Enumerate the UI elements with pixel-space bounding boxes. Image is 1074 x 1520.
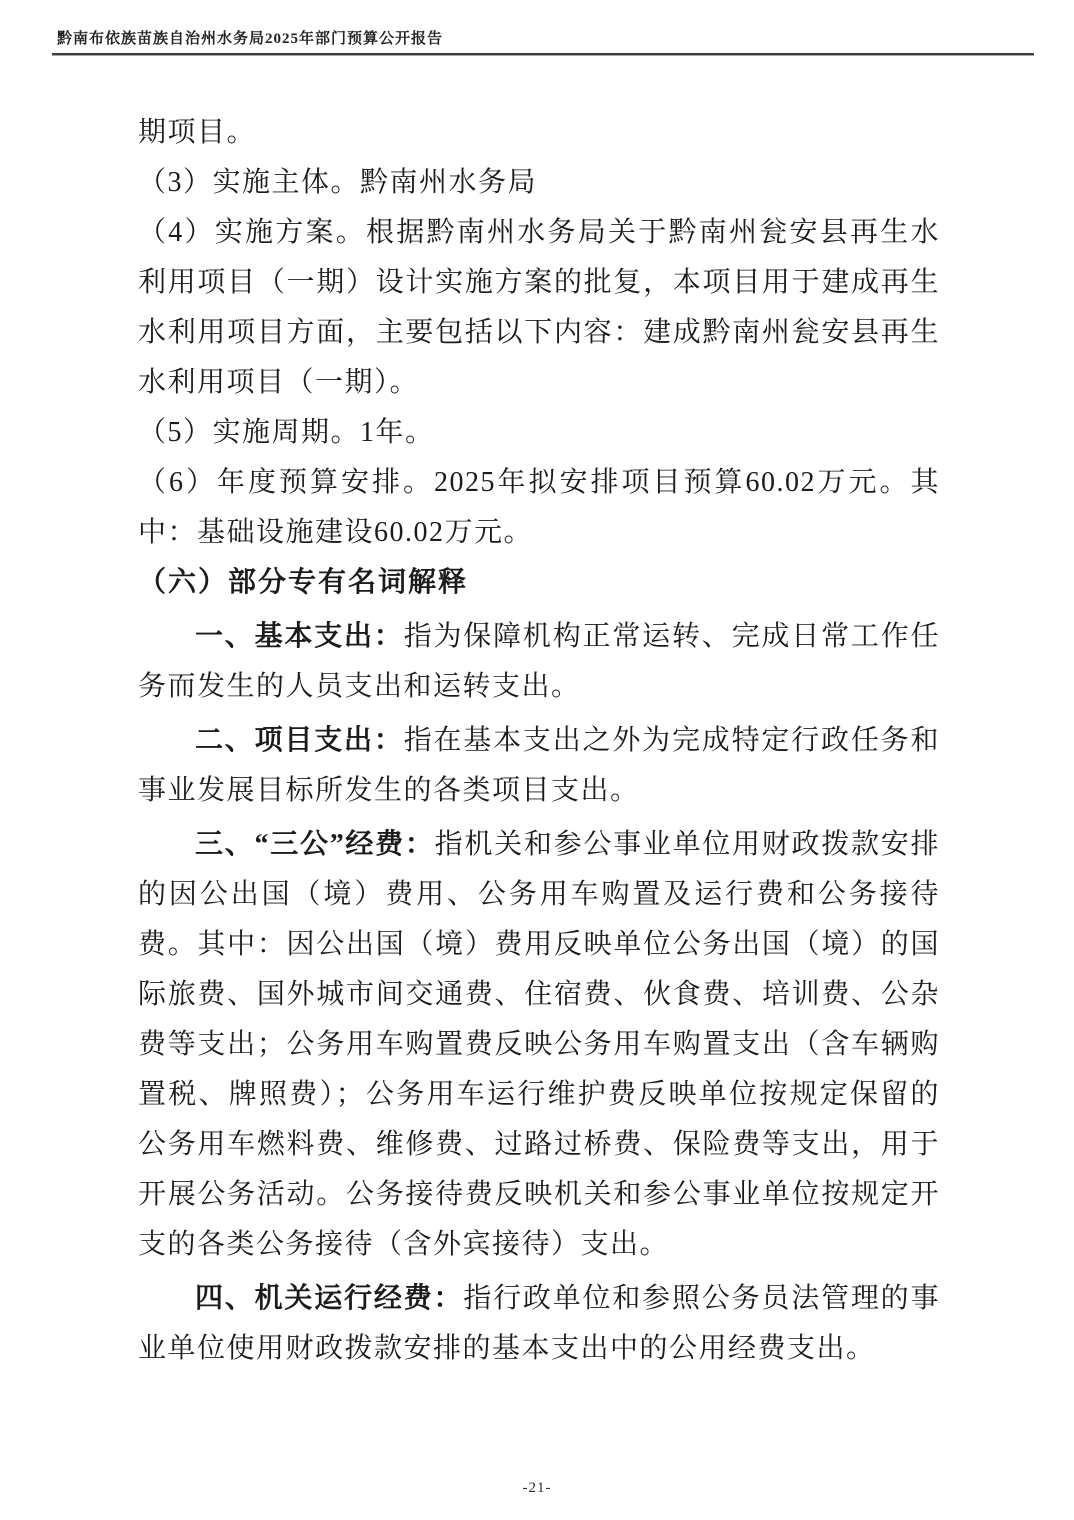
term-lead: 一、基本支出：: [195, 621, 404, 652]
term-lead: 四、机关运行经费：: [195, 1283, 463, 1314]
paragraph-continuation: 期项目。: [138, 108, 940, 158]
term-lead: 二、项目支出：: [195, 725, 404, 756]
section-heading-glossary: （六）部分专有名词解释: [138, 558, 940, 608]
page-footer: -21-: [0, 1480, 1074, 1497]
term-basic-expenditure: 一、基本支出：指为保障机构正常运转、完成日常工作任务而发生的人员支出和运转支出。: [138, 612, 940, 712]
paragraph-item-5: （5）实施周期。1年。: [138, 408, 940, 458]
term-three-public-funds: 三、“三公”经费：指机关和参公事业单位用财政拨款安排的因公出国（境）费用、公务用…: [138, 820, 940, 1270]
header-title: 黔南布依族苗族自治州水务局2025年部门预算公开报告: [57, 27, 443, 48]
term-lead: 三、“三公”经费：: [195, 829, 435, 860]
document-page: 黔南布依族苗族自治州水务局2025年部门预算公开报告 期项目。 （3）实施主体。…: [0, 0, 1074, 1520]
page-number: -21-: [523, 1480, 552, 1496]
term-project-expenditure: 二、项目支出：指在基本支出之外为完成特定行政任务和事业发展目标所发生的各类项目支…: [138, 716, 940, 816]
term-definition: 指机关和参公事业单位用财政拨款安排的因公出国（境）费用、公务用车购置及运行费和公…: [138, 829, 940, 1260]
term-agency-operating-funds: 四、机关运行经费：指行政单位和参照公务员法管理的事业单位使用财政拨款安排的基本支…: [138, 1274, 940, 1374]
paragraph-item-6: （6）年度预算安排。2025年拟安排项目预算60.02万元。其中：基础设施建设6…: [138, 458, 940, 558]
paragraph-item-4: （4）实施方案。根据黔南州水务局关于黔南州瓮安县再生水利用项目（一期）设计实施方…: [138, 208, 940, 408]
header-rule: [52, 53, 1034, 56]
paragraph-item-3: （3）实施主体。黔南州水务局: [138, 158, 940, 208]
document-body: 期项目。 （3）实施主体。黔南州水务局 （4）实施方案。根据黔南州水务局关于黔南…: [138, 108, 940, 1374]
